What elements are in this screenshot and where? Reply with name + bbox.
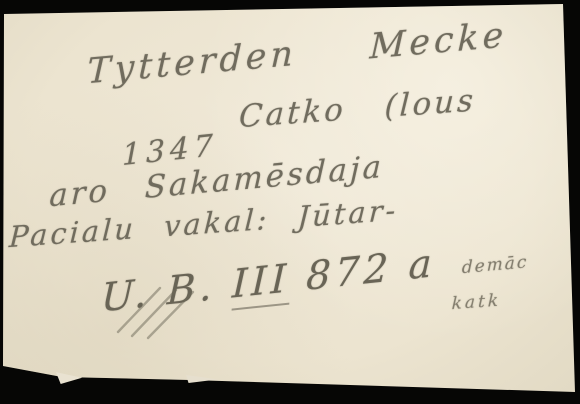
handwriting-note-bottom-right: katk [451, 291, 501, 315]
signature-roman-numeral: III [231, 256, 291, 311]
scan-frame: Tytterden Mecke Catko (lous 1347 aro Sak… [0, 0, 580, 404]
